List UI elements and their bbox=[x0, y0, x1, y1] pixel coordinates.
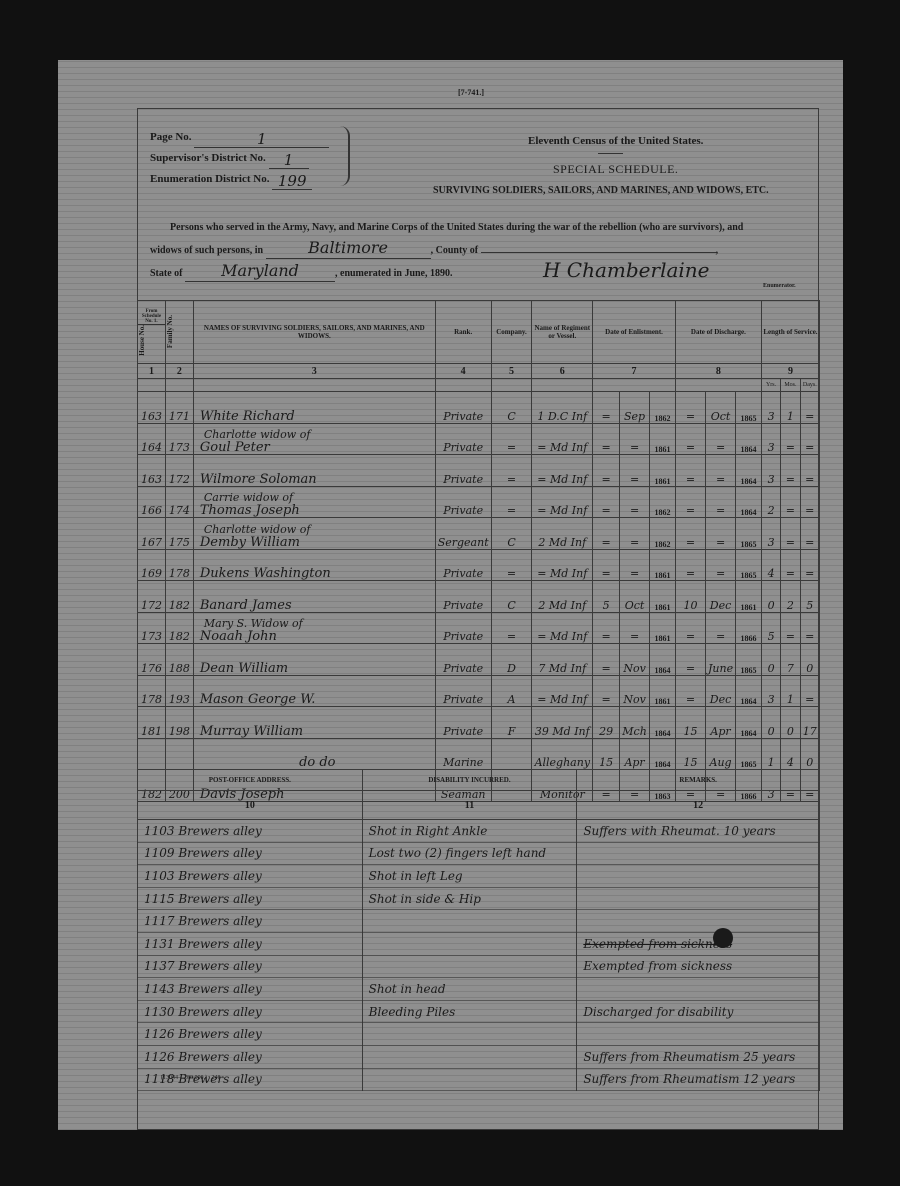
intro-line-1: Persons who served in the Army, Navy, an… bbox=[150, 218, 815, 238]
table-row: do doMarineAlleghany15Apr186415Aug186514… bbox=[138, 738, 820, 770]
header-remarks: REMARKS. bbox=[577, 770, 820, 791]
ink-blot bbox=[713, 928, 733, 948]
table-row: 176188Dean WilliamPrivateD7 Md Inf=Nov18… bbox=[138, 644, 820, 676]
city-field: Baltimore bbox=[266, 238, 431, 259]
schedule-title: SPECIAL SCHEDULE. bbox=[553, 162, 678, 177]
page-no-label: Page No. bbox=[150, 127, 192, 148]
table-row: 1143 Brewers alleyShot in head bbox=[138, 978, 820, 1001]
header-service: Length of Service. bbox=[761, 301, 819, 364]
header-disability: DISABILITY INCURRED. bbox=[362, 770, 577, 791]
table-row: 169178Dukens WashingtonPrivate== Md Inf=… bbox=[138, 549, 820, 581]
table-row: 163172Wilmore SolomanPrivate== Md Inf==1… bbox=[138, 455, 820, 487]
print-code: (13044—200,000.) . 240 bbox=[161, 1075, 221, 1081]
header-enlistment: Date of Enlistment. bbox=[593, 301, 676, 364]
state-label: State of bbox=[150, 268, 183, 279]
header-house-no: From Schedule No. 1.House No. bbox=[138, 301, 166, 364]
table-row: 167175Charlotte widow ofDemby WilliamSer… bbox=[138, 518, 820, 550]
table-row: 1103 Brewers alleyShot in Right AnkleSuf… bbox=[138, 820, 820, 843]
table-row: 1118 Brewers alleySuffers from Rheumatis… bbox=[138, 1068, 820, 1091]
document-page: Page No. 1 Supervisor's District No. 1 E… bbox=[58, 60, 843, 1130]
table-row: 163171White RichardPrivateC1 D.C Inf=Sep… bbox=[138, 392, 820, 424]
table-row: 178193Mason George W.PrivateA= Md Inf=No… bbox=[138, 675, 820, 707]
soldiers-table: From Schedule No. 1.House No. Family No.… bbox=[137, 300, 820, 802]
table-row: 166174Carrie widow ofThomas JosephPrivat… bbox=[138, 486, 820, 518]
header-address: POST-OFFICE ADDRESS. bbox=[138, 770, 363, 791]
intro-line-2-prefix: widows of such persons, in bbox=[150, 245, 263, 256]
header-family-no: Family No. bbox=[165, 301, 193, 364]
enumeration-district-value: 199 bbox=[272, 173, 312, 190]
table-row: 173182Mary S. Widow ofNoaah JohnPrivate=… bbox=[138, 612, 820, 644]
census-title: Eleventh Census of the United States. bbox=[528, 135, 703, 147]
column-number-row: 12345 6789 bbox=[138, 364, 820, 379]
table-row: 1126 Brewers alleySuffers from Rheumatis… bbox=[138, 1045, 820, 1068]
supervisor-district-value: 1 bbox=[269, 152, 309, 169]
header-names: NAMES OF SURVIVING SOLDIERS, SAILORS, AN… bbox=[193, 301, 435, 364]
table-row: 1115 Brewers alleyShot in side & Hip bbox=[138, 887, 820, 910]
enumerator-label: Enumerator. bbox=[763, 283, 796, 289]
table-row: 1130 Brewers alleyBleeding PilesDischarg… bbox=[138, 1000, 820, 1023]
header-company: Company. bbox=[491, 301, 532, 364]
state-field: Maryland bbox=[185, 261, 335, 282]
header-regiment: Name of Regiment or Vessel. bbox=[532, 301, 593, 364]
table-row: 1137 Brewers alleyExempted from sickness bbox=[138, 955, 820, 978]
county-label: , County of bbox=[431, 245, 479, 256]
header-discharge: Date of Discharge. bbox=[675, 301, 761, 364]
enumeration-district-label: Enumeration District No. bbox=[150, 169, 269, 190]
column-number-row: 101112 bbox=[138, 791, 820, 820]
brace-decoration bbox=[340, 126, 350, 186]
divider bbox=[598, 153, 623, 154]
enumerator-signature: H Chamberlaine bbox=[543, 258, 710, 282]
table-row: 1126 Brewers alley bbox=[138, 1023, 820, 1046]
table-row: 181198Murray WilliamPrivateF39 Md Inf29M… bbox=[138, 707, 820, 739]
supervisor-district-label: Supervisor's District No. bbox=[150, 148, 266, 169]
table-row: 164173Charlotte widow ofGoul PeterPrivat… bbox=[138, 423, 820, 455]
schedule-subtitle: SURVIVING SOLDIERS, SAILORS, AND MARINES… bbox=[433, 185, 769, 196]
header-rank: Rank. bbox=[435, 301, 491, 364]
page-no-value: 1 bbox=[194, 131, 329, 148]
district-info: Page No. 1 Supervisor's District No. 1 E… bbox=[150, 127, 329, 190]
table-row: 172182Banard JamesPrivateC2 Md Inf5Oct18… bbox=[138, 581, 820, 613]
county-field bbox=[481, 252, 716, 253]
service-subheader-row: Yrs.Mos.Days. bbox=[138, 379, 820, 392]
intro-paragraph: Persons who served in the Army, Navy, an… bbox=[150, 218, 815, 284]
table-row: 1103 Brewers alleyShot in left Leg bbox=[138, 865, 820, 888]
table-row: 1109 Brewers alleyLost two (2) fingers l… bbox=[138, 842, 820, 865]
enumerated-label: , enumerated in June, 1890. bbox=[335, 268, 453, 279]
